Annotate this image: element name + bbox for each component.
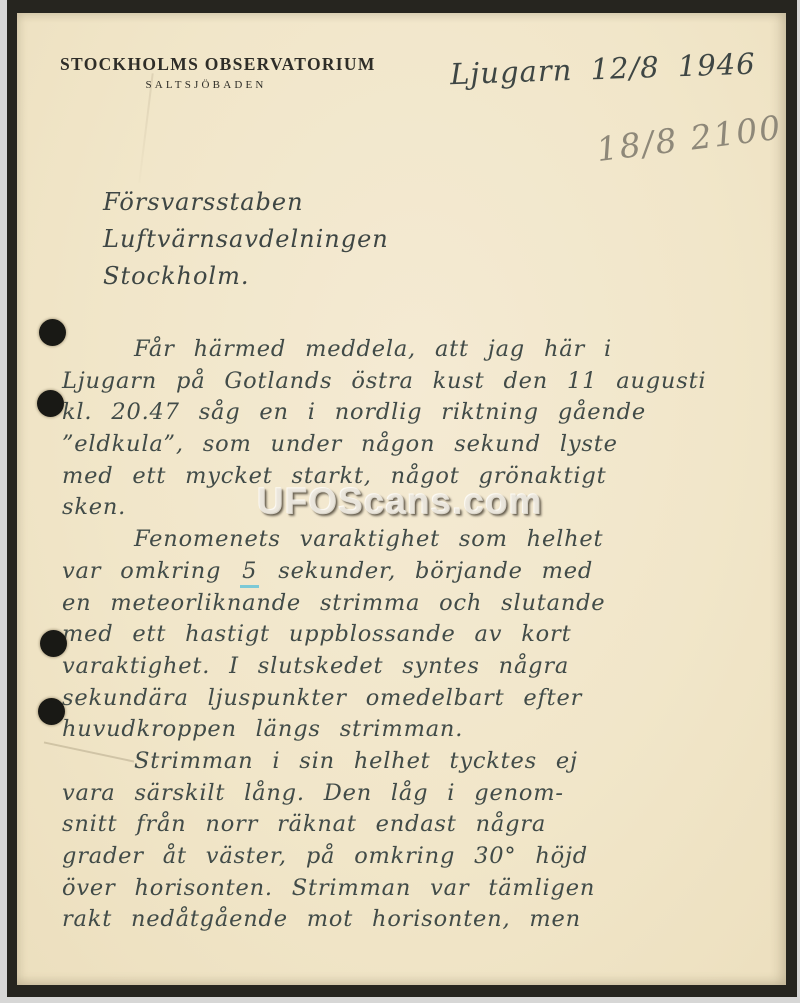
line-segment: var omkring bbox=[62, 558, 221, 584]
handwritten-line: kl. 20.47 såg en i nordlig riktning gåen… bbox=[62, 399, 752, 431]
handwritten-line: sekundära ljuspunkter omedelbart efter bbox=[62, 685, 752, 717]
handwritten-line: över horisonten. Strimman var tämligen bbox=[62, 875, 752, 907]
punch-hole bbox=[37, 390, 64, 417]
handwritten-line: med ett hastigt uppblossande av kort bbox=[62, 621, 752, 653]
letterhead-organization: STOCKHOLMS OBSERVATORIUM bbox=[60, 54, 352, 75]
recipient-line: Luftvärnsavdelningen bbox=[103, 221, 389, 258]
handwritten-line: vara särskilt lång. Den låg i genom- bbox=[62, 780, 752, 812]
letterhead: STOCKHOLMS OBSERVATORIUM SALTSJÖBADEN bbox=[60, 54, 352, 91]
handwritten-line: snitt från norr räknat endast några bbox=[62, 811, 752, 843]
handwritten-line: en meteorliknande strimma och slutande bbox=[62, 590, 752, 622]
line-segment: sekunder, börjande med bbox=[278, 558, 593, 584]
recipient-address: Försvarsstaben Luftvärnsavdelningen Stoc… bbox=[103, 184, 389, 295]
handwritten-line: varaktighet. I slutskedet syntes några bbox=[62, 653, 752, 685]
handwritten-line: Får härmed meddela, att jag här i bbox=[62, 336, 752, 368]
handwritten-line-with-underline: var omkring 5 sekunder, börjande med bbox=[62, 558, 752, 590]
handwritten-line: ”eldkula”, som under någon sekund lyste bbox=[62, 431, 752, 463]
handwritten-line: grader åt väster, på omkring 30° höjd bbox=[62, 843, 752, 875]
punch-hole bbox=[40, 630, 67, 657]
recipient-line: Försvarsstaben bbox=[103, 184, 389, 221]
punch-hole bbox=[38, 698, 65, 725]
underlined-duration-value: 5 bbox=[240, 558, 259, 588]
recipient-line: Stockholm. bbox=[103, 258, 389, 295]
letterhead-location: SALTSJÖBADEN bbox=[60, 79, 352, 91]
handwritten-line: rakt nedåtgående mot horisonten, men bbox=[62, 906, 752, 938]
handwritten-line: huvudkroppen längs strimman. bbox=[62, 716, 752, 748]
letter-body: Får härmed meddela, att jag här i Ljugar… bbox=[62, 336, 752, 938]
handwritten-line: Ljugarn på Gotlands östra kust den 11 au… bbox=[62, 368, 752, 400]
punch-hole bbox=[39, 319, 66, 346]
watermark-text: UFOScans.com bbox=[257, 481, 542, 523]
handwritten-line: Strimman i sin helhet tycktes ej bbox=[62, 748, 752, 780]
handwritten-line: Fenomenets varaktighet som helhet bbox=[62, 526, 752, 558]
